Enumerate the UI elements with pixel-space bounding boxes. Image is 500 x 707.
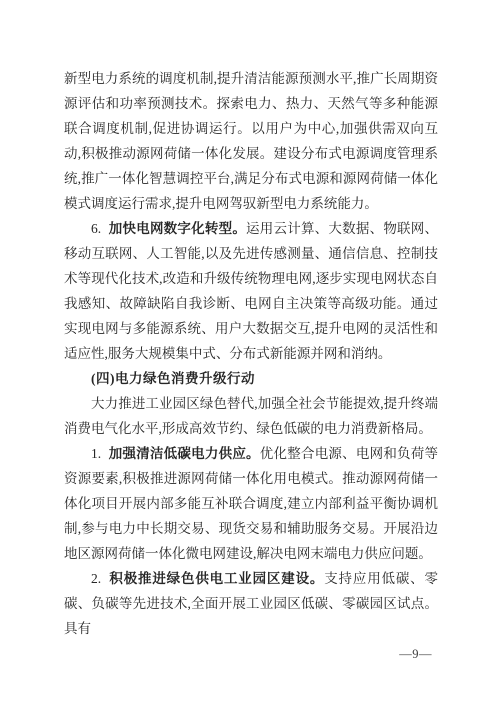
item-2-number: 2. <box>91 571 101 586</box>
section-heading: (四)电力绿色消费升级行动 <box>64 366 438 391</box>
document-page: 新型电力系统的调度机制,提升清洁能源预测水平,推广长周期资源评估和功率预测技术。… <box>0 0 500 707</box>
item-1-number: 1. <box>91 446 101 461</box>
item-6-number: 6. <box>91 221 101 236</box>
item-1-lead: 加强清洁低碳电力供应。 <box>109 446 260 461</box>
page-number: —9— <box>399 647 432 661</box>
paragraph-section-intro: 大力推进工业园区绿色替代,加强全社会节能提效,提升终端消费电气化水平,形成高效节… <box>64 391 438 441</box>
item-6-lead: 加快电网数字化转型。 <box>109 221 247 236</box>
paragraph-item-2: 2.积极推进绿色供电工业园区建设。支持应用低碳、零碳、负碳等先进技术,全面开展工… <box>64 566 438 641</box>
paragraph-item-6: 6.加快电网数字化转型。运用云计算、大数据、物联网、移动互联网、人工智能,以及先… <box>64 216 438 366</box>
document-body: 新型电力系统的调度机制,提升清洁能源预测水平,推广长周期资源评估和功率预测技术。… <box>64 66 438 641</box>
paragraph-continuation: 新型电力系统的调度机制,提升清洁能源预测水平,推广长周期资源评估和功率预测技术。… <box>64 66 438 216</box>
item-6-text: 运用云计算、大数据、物联网、移动互联网、人工智能,以及先进传感测量、通信信息、控… <box>64 221 438 361</box>
item-1-text: 优化整合电源、电网和负荷等资源要素,积极推进源网荷储一体化用电模式。推动源网荷储… <box>64 446 438 561</box>
item-2-lead: 积极推进绿色供电工业园区建设。 <box>109 571 325 586</box>
paragraph-item-1: 1.加强清洁低碳电力供应。优化整合电源、电网和负荷等资源要素,积极推进源网荷储一… <box>64 441 438 566</box>
